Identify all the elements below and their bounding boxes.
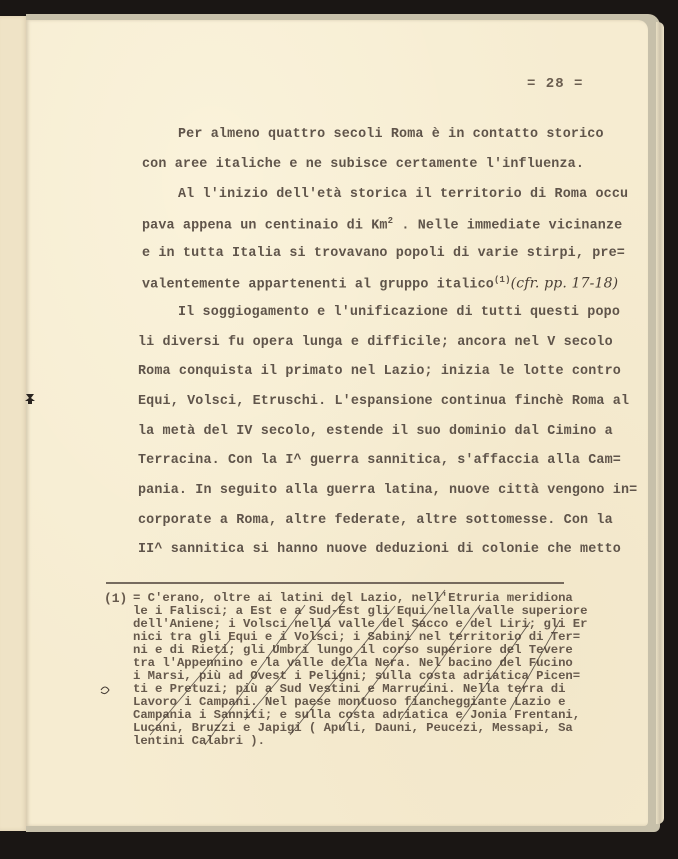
page-stack-edge <box>656 22 664 824</box>
body-line: pava appena un centinaio di Km2 . Nelle … <box>142 216 622 233</box>
previous-page-edge <box>0 16 29 831</box>
footnote-marker: (1) <box>104 592 127 605</box>
body-line: Per almeno quattro secoli Roma è in cont… <box>178 127 604 142</box>
body-line: corporate a Roma, altre federate, altre … <box>138 513 613 528</box>
footnote-line: lentini Calabri ). <box>133 735 265 748</box>
body-line: II^ sannitica si hanno nuove deduzioni d… <box>138 542 621 557</box>
body-line: e in tutta Italia si trovavano popoli di… <box>142 246 625 261</box>
body-line: la metà del IV secolo, estende il suo do… <box>138 424 613 439</box>
footnote-divider <box>106 582 564 584</box>
body-line: Equi, Volsci, Etruschi. L'espansione con… <box>138 394 629 409</box>
handwritten-note: (cfr. pp. 17-18) <box>511 275 619 291</box>
body-line: valentemente appartenenti al gruppo ital… <box>142 275 618 292</box>
body-line: li diversi fu opera lunga e difficile; a… <box>138 335 613 350</box>
body-line-text: Al l'inizio dell'età storica il territor… <box>178 187 628 202</box>
body-line-text: . Nelle immediate vicinanze <box>393 218 622 233</box>
body-line: Terracina. Con la I^ guerra sannitica, s… <box>138 453 621 468</box>
body-line: Roma conquista il primato nel Lazio; ini… <box>138 364 621 379</box>
body-line: Al l'inizio dell'età storica il territor… <box>178 187 628 202</box>
body-line-text: pava appena un centinaio di Km <box>142 218 388 233</box>
body-line: pania. In seguito alla guerra latina, nu… <box>138 483 637 498</box>
binder-clip-icon <box>23 393 37 405</box>
body-line-text: valentemente appartenenti al gruppo ital… <box>142 277 494 292</box>
body-line: Il soggiogamento e l'unificazione di tut… <box>178 305 620 320</box>
page-number: = 28 = <box>527 76 583 92</box>
footnote-reference[interactable]: (1) <box>494 275 511 285</box>
body-line: con aree italiche e ne subisce certament… <box>142 157 584 172</box>
